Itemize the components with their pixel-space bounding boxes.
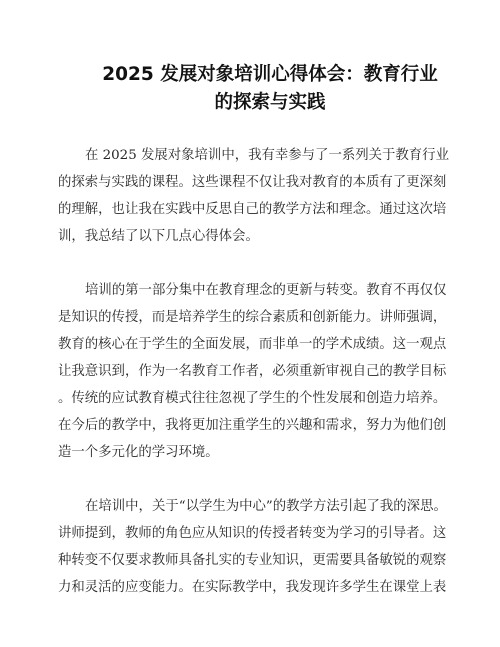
paragraph-line: 的理解，也让我在实践中反思自己的教学方法和理念。通过这次培 (58, 196, 440, 223)
paragraph-line: 是知识的传授，而是培养学生的综合素质和创新能力。讲师强调， (58, 304, 440, 331)
paragraph-line: 在 2025 发展对象培训中，我有幸参与了一系列关于教育行业 (58, 142, 440, 169)
document-body: 在 2025 发展对象培训中，我有幸参与了一系列关于教育行业 的探索与实践的课程… (58, 142, 440, 628)
paragraph-intro: 在 2025 发展对象培训中，我有幸参与了一系列关于教育行业 的探索与实践的课程… (58, 142, 440, 250)
paragraph-education-philosophy: 培训的第一部分集中在教育理念的更新与转变。教育不再仅仅 是知识的传授，而是培养学… (58, 277, 440, 466)
paragraph-line: 在培训中，关于“以学生为中心”的教学方法引起了我的深思。 (58, 493, 440, 520)
paragraph-line: 在今后的教学中，我将更加注重学生的兴趣和需求，努力为他们创 (58, 412, 440, 439)
paragraph-line: 让我意识到，作为一名教育工作者，必须重新审视自己的教学目标 (58, 358, 440, 385)
paragraph-line: 讲师提到，教师的角色应从知识的传授者转变为学习的引导者。这 (58, 520, 440, 547)
paragraph-line: 种转变不仅要求教师具备扎实的专业知识，更需要具备敏锐的观察 (58, 547, 440, 574)
title-line-1: 2025 发展对象培训心得体会：教育行业 (60, 61, 480, 89)
title-line-2: 的探索与实践 (60, 89, 480, 117)
document-page: 2025 发展对象培训心得体会：教育行业 的探索与实践 在 2025 发展对象培… (0, 0, 500, 647)
paragraph-student-centered: 在培训中，关于“以学生为中心”的教学方法引起了我的深思。 讲师提到，教师的角色应… (58, 493, 440, 601)
paragraph-line: 训，我总结了以下几点心得体会。 (58, 223, 440, 250)
paragraph-line: 。传统的应试教育模式往往忽视了学生的个性发展和创造力培养。 (58, 385, 440, 412)
paragraph-line: 的探索与实践的课程。这些课程不仅让我对教育的本质有了更深刻 (58, 169, 440, 196)
paragraph-line: 力和灵活的应变能力。在实际教学中，我发现许多学生在课堂上表 (58, 574, 440, 601)
paragraph-line: 造一个多元化的学习环境。 (58, 439, 440, 466)
paragraph-line: 培训的第一部分集中在教育理念的更新与转变。教育不再仅仅 (58, 277, 440, 304)
document-title: 2025 发展对象培训心得体会：教育行业 的探索与实践 (60, 61, 480, 117)
paragraph-line: 教育的核心在于学生的全面发展，而非单一的学术成绩。这一观点 (58, 331, 440, 358)
